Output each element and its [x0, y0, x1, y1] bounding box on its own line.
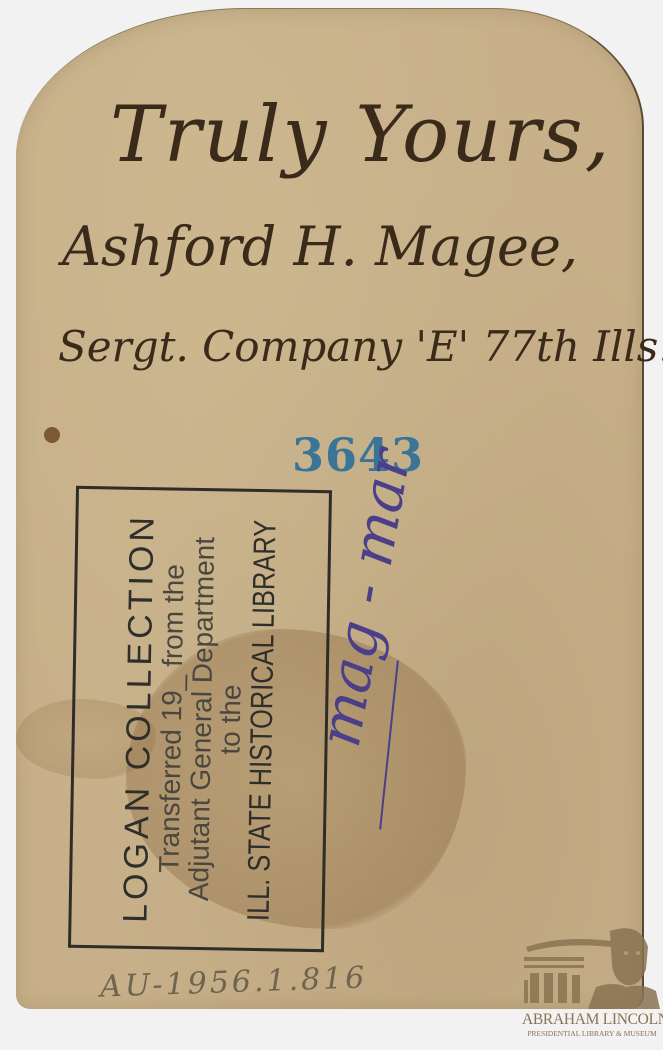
stamp-library-name: ILL. STATE HISTORICAL LIBRARY — [242, 519, 282, 921]
collection-stamp: LOGAN COLLECTION Transferred 19_ from th… — [68, 486, 332, 952]
watermark-title: ABRAHAM LINCOLN — [522, 1011, 662, 1029]
ink-spot — [44, 427, 60, 443]
signoff-text: Truly Yours, — [110, 90, 611, 180]
signer-name: Ashford H. Magee, — [62, 215, 578, 278]
museum-watermark: ABRAHAM LINCOLN PRESIDENTIAL LIBRARY & M… — [522, 925, 662, 1043]
stamp-line-2: Adjutant General Department — [184, 537, 220, 902]
signer-rank: Sergt. Company 'E' 77th Ills. — [58, 322, 663, 371]
lincoln-portrait-building-logo-icon — [522, 925, 662, 1009]
watermark-subtitle: PRESIDENTIAL LIBRARY & MUSEUM — [522, 1029, 662, 1038]
stamp-line-3: to the — [216, 684, 247, 755]
